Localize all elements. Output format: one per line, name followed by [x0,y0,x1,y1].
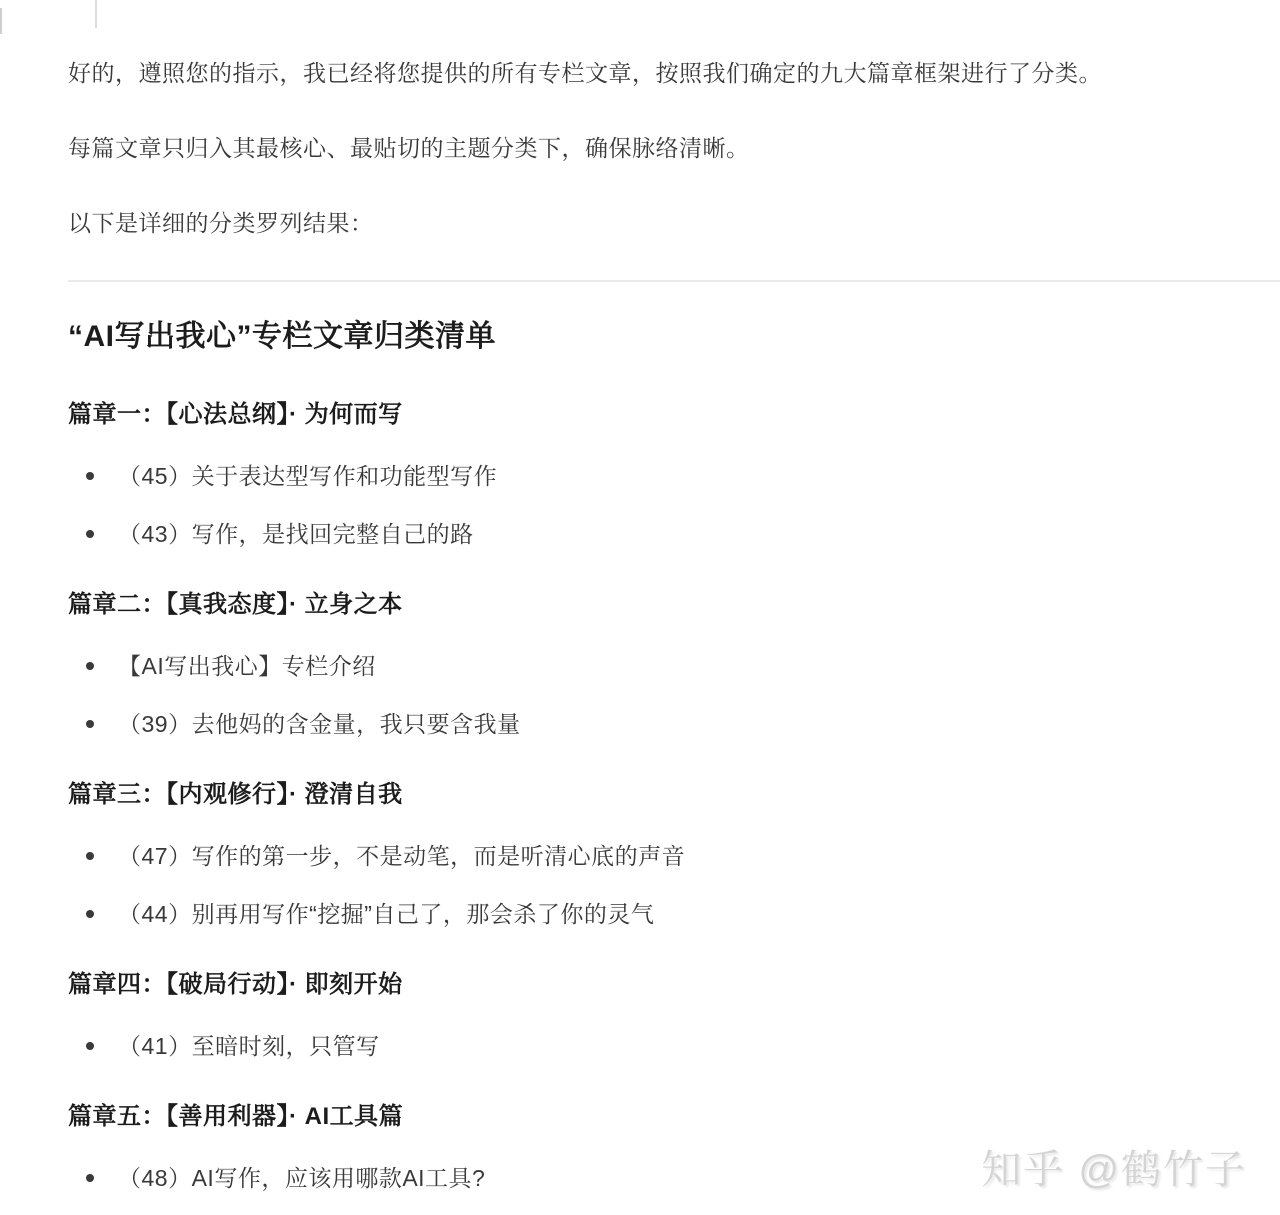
chapter-heading-2: 篇章二：【真我态度】· 立身之本 [68,588,1225,622]
intro-paragraph-2: 每篇文章只归入其最核心、最贴切的主题分类下，确保脉络清晰。 [68,130,1225,166]
article-item: （39）去他妈的含金量，我只要含我量 [68,706,1225,742]
cursor-artifact-line [95,0,97,28]
article-list-1: （45）关于表达型写作和功能型写作 （43）写作，是找回完整自己的路 [68,458,1225,552]
chapter-heading-5: 篇章五：【善用利器】· AI工具篇 [68,1100,1225,1134]
article-item-label: （47）写作的第一步，不是动笔，而是听清心底的声音 [118,843,685,869]
chapter-section-5: 篇章五：【善用利器】· AI工具篇 （48）AI写作，应该用哪款AI工具? [68,1100,1225,1196]
article-item-label: 【AI写出我心】专栏介绍 [118,653,376,679]
article-item: （43）写作，是找回完整自己的路 [68,516,1225,552]
intro-paragraph-1: 好的，遵照您的指示，我已经将您提供的所有专栏文章，按照我们确定的九大篇章框架进行… [68,55,1225,91]
bullet-icon [86,1174,94,1182]
bullet-icon [86,852,94,860]
bullet-icon [86,662,94,670]
bullet-icon [86,910,94,918]
page-title: “AI写出我心”专栏文章归类清单 [68,318,1225,356]
left-edge-artifact [0,8,2,34]
chapter-heading-4: 篇章四：【破局行动】· 即刻开始 [68,968,1225,1002]
chapter-section-1: 篇章一：【心法总纲】· 为何而写 （45）关于表达型写作和功能型写作 （43）写… [68,398,1225,552]
article-item: （41）至暗时刻，只管写 [68,1028,1225,1064]
article-page: 好的，遵照您的指示，我已经将您提供的所有专栏文章，按照我们确定的九大篇章框架进行… [0,0,1280,1215]
article-list-4: （41）至暗时刻，只管写 [68,1028,1225,1064]
chapter-section-3: 篇章三：【内观修行】· 澄清自我 （47）写作的第一步，不是动笔，而是听清心底的… [68,778,1225,932]
article-list-2: 【AI写出我心】专栏介绍 （39）去他妈的含金量，我只要含我量 [68,648,1225,742]
chapter-heading-3: 篇章三：【内观修行】· 澄清自我 [68,778,1225,812]
article-item-label: （44）别再用写作“挖掘”自己了，那会杀了你的灵气 [118,901,654,927]
chapter-heading-1: 篇章一：【心法总纲】· 为何而写 [68,398,1225,432]
bullet-icon [86,1042,94,1050]
article-list-5: （48）AI写作，应该用哪款AI工具? [68,1160,1225,1196]
article-item-label: （41）至暗时刻，只管写 [118,1033,380,1059]
article-item: （44）别再用写作“挖掘”自己了，那会杀了你的灵气 [68,896,1225,932]
article-item: 【AI写出我心】专栏介绍 [68,648,1225,684]
article-item-label: （48）AI写作，应该用哪款AI工具? [118,1165,485,1191]
article-item: （47）写作的第一步，不是动笔，而是听清心底的声音 [68,838,1225,874]
bullet-icon [86,720,94,728]
article-item-label: （45）关于表达型写作和功能型写作 [118,463,497,489]
article-list-3: （47）写作的第一步，不是动笔，而是听清心底的声音 （44）别再用写作“挖掘”自… [68,838,1225,932]
article-item-label: （39）去他妈的含金量，我只要含我量 [118,711,521,737]
chapter-section-4: 篇章四：【破局行动】· 即刻开始 （41）至暗时刻，只管写 [68,968,1225,1064]
section-divider [68,280,1280,282]
bullet-icon [86,530,94,538]
article-item: （45）关于表达型写作和功能型写作 [68,458,1225,494]
chapter-section-2: 篇章二：【真我态度】· 立身之本 【AI写出我心】专栏介绍 （39）去他妈的含金… [68,588,1225,742]
article-item-label: （43）写作，是找回完整自己的路 [118,521,474,547]
bullet-icon [86,472,94,480]
article-item: （48）AI写作，应该用哪款AI工具? [68,1160,1225,1196]
intro-paragraph-3: 以下是详细的分类罗列结果： [68,205,1225,241]
